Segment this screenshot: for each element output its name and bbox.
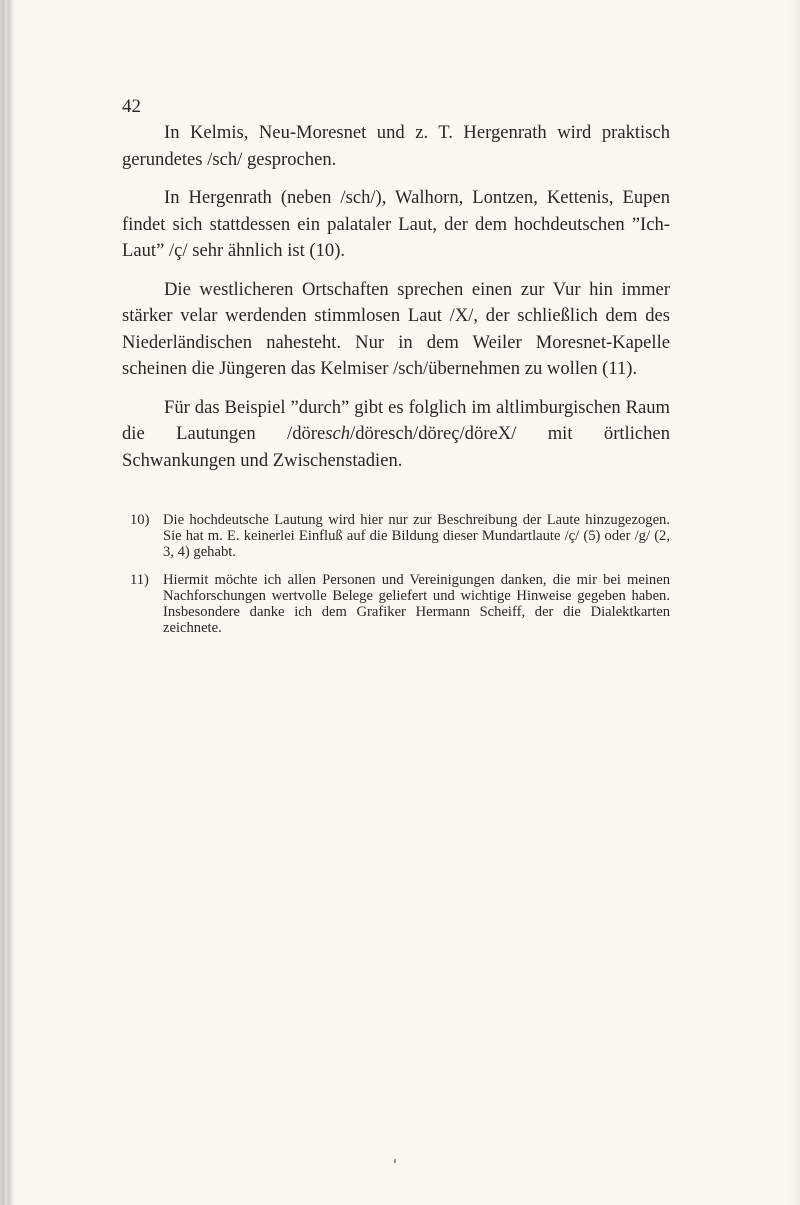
footnotes: 10) Die hochdeutsche Lautung wird hier n… [122,512,670,647]
paragraph-text: In Kelmis, Neu-Moresnet und z. T. Hergen… [122,122,670,170]
paragraph: Für das Beispiel ”durch” gibt es folglic… [122,395,670,475]
paragraph: In Hergenrath (neben /sch/), Walhorn, Lo… [122,185,670,265]
footnote-text: Die hochdeutsche Lautung wird hier nur z… [163,512,670,561]
italic-emphasis: sch [325,423,350,444]
footnote-number: 11) [122,572,163,637]
paragraph: In Kelmis, Neu-Moresnet und z. T. Hergen… [122,120,670,173]
book-binding-edge [0,0,14,1205]
page-number: 42 [122,96,141,118]
page-edge-shadow [790,0,800,1205]
footnote: 11) Hiermit möchte ich allen Personen un… [122,572,670,637]
body-text: In Kelmis, Neu-Moresnet und z. T. Hergen… [122,120,670,486]
footnote-number: 10) [122,512,163,561]
paper-speck [394,1159,396,1163]
reverse-side-bleed-through [148,720,688,832]
footnote-text: Hiermit möchte ich allen Personen und Ve… [163,572,670,637]
footnote: 10) Die hochdeutsche Lautung wird hier n… [122,512,670,561]
paragraph-text: Die westlicheren Ortschaften sprechen ei… [122,279,670,380]
paragraph-text: In Hergenrath (neben /sch/), Walhorn, Lo… [122,187,670,261]
paragraph: Die westlicheren Ortschaften sprechen ei… [122,277,670,383]
